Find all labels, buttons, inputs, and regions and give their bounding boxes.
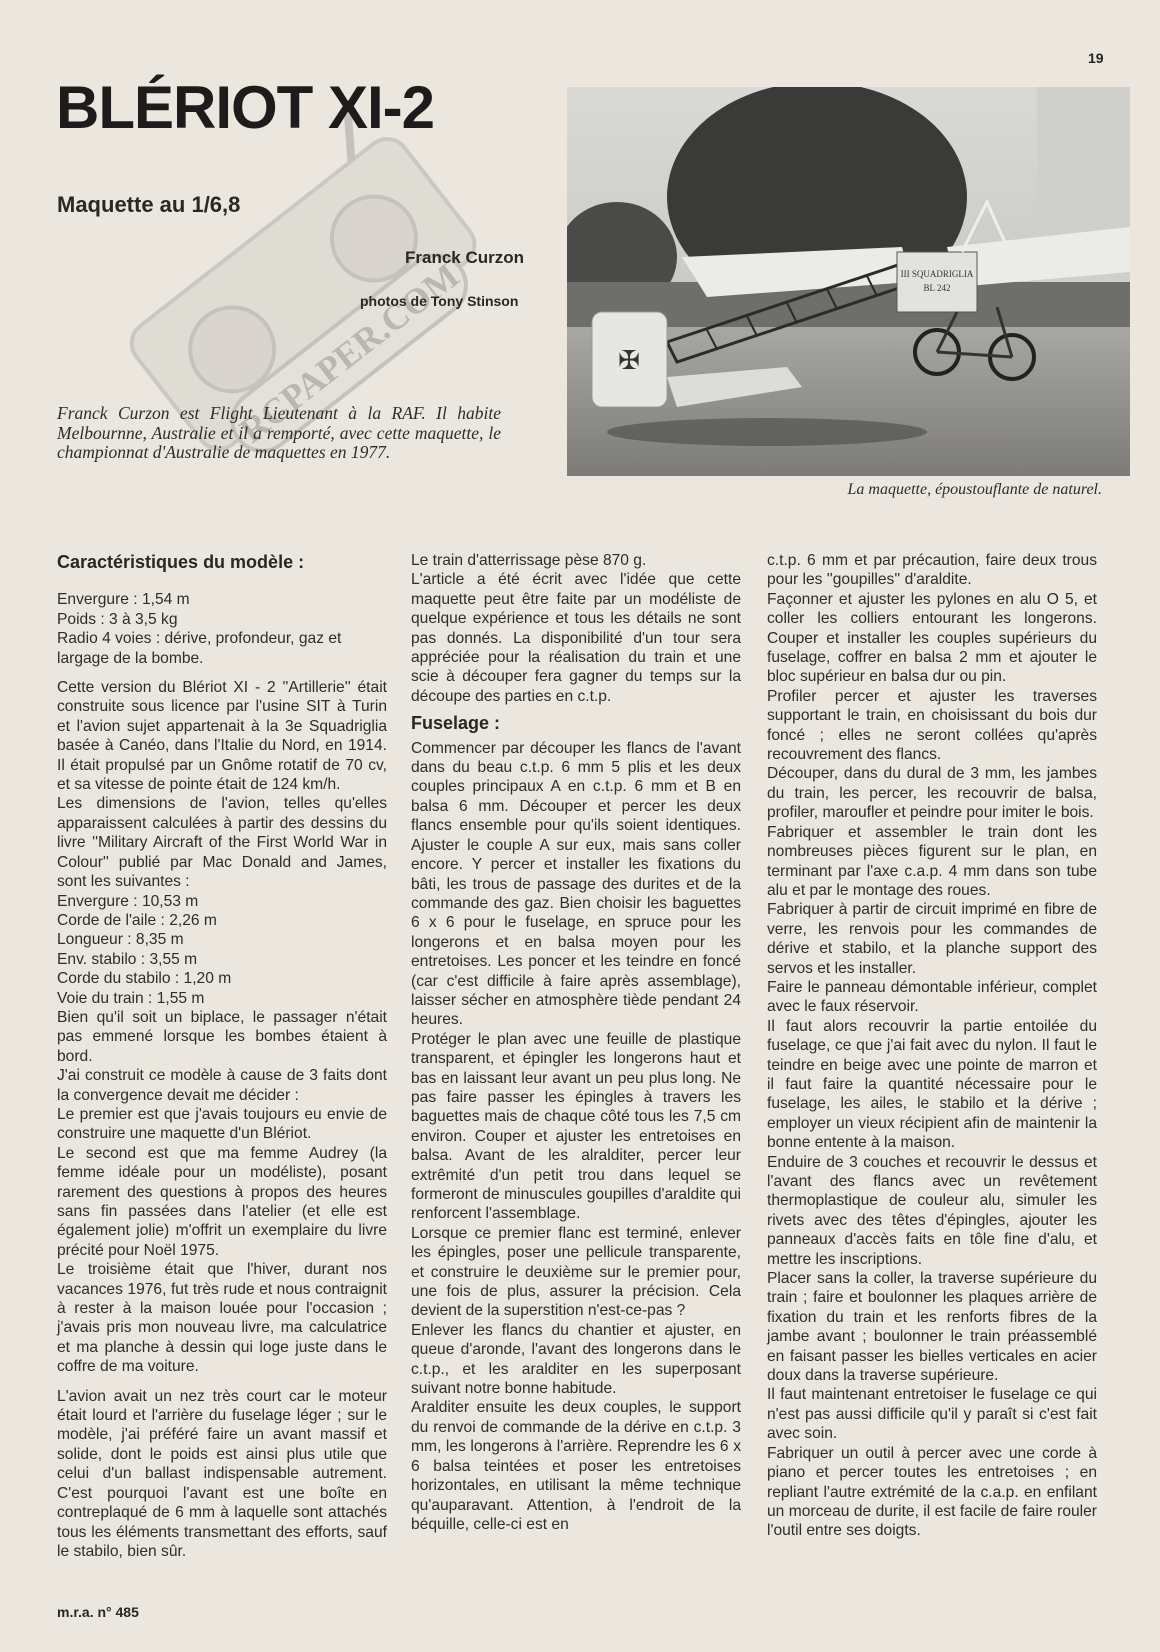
spec-item: Envergure : 1,54 m <box>57 590 387 609</box>
dimension-item: Longueur : 8,35 m <box>57 930 387 949</box>
page-number: 19 <box>1088 50 1104 66</box>
svg-text:✠: ✠ <box>618 345 640 375</box>
paragraph: Découper, dans du dural de 3 mm, les jam… <box>767 764 1097 822</box>
paragraph: Le premier est que j'avais toujours eu e… <box>57 1105 387 1144</box>
section-heading-characteristics: Caractéristiques du modèle : <box>57 553 387 572</box>
magazine-issue-footer: m.r.a. n° 485 <box>57 1604 139 1620</box>
svg-text:BL 242: BL 242 <box>924 283 951 293</box>
paragraph: c.t.p. 6 mm et par précaution, faire deu… <box>767 551 1097 590</box>
paragraph: Commencer par découper les flancs de l'a… <box>411 739 741 1030</box>
paragraph: Fabriquer et assembler le train dont les… <box>767 823 1097 901</box>
bleriot-model-photo-icon: III SQUADRIGLIA BL 242 ✠ <box>567 87 1130 476</box>
paragraph: Fabriquer un outil à percer avec une cor… <box>767 1444 1097 1541</box>
paragraph: L'avion avait un nez très court car le m… <box>57 1387 387 1562</box>
aircraft-photo: III SQUADRIGLIA BL 242 ✠ <box>567 87 1130 476</box>
column-2: Le train d'atterrissage pèse 870 g. L'ar… <box>411 551 741 1534</box>
paragraph: L'article a été écrit avec l'idée que ce… <box>411 570 741 706</box>
dimension-list: Envergure : 10,53 m Corde de l'aile : 2,… <box>57 892 387 1008</box>
paragraph: Les dimensions de l'avion, telles qu'ell… <box>57 794 387 891</box>
paragraph: Le troisième était que l'hiver, durant n… <box>57 1260 387 1376</box>
paragraph: Faire le panneau démontable inférieur, c… <box>767 978 1097 1017</box>
column-3: c.t.p. 6 mm et par précaution, faire deu… <box>767 551 1097 1541</box>
paragraph: Aralditer ensuite les deux couples, le s… <box>411 1398 741 1534</box>
spec-item: Poids : 3 à 3,5 kg <box>57 610 387 629</box>
paragraph: Cette version du Blériot XI - 2 ''Artill… <box>57 678 387 794</box>
author-name: Franck Curzon <box>405 248 524 268</box>
paragraph: Façonner et ajuster les pylones en alu O… <box>767 590 1097 687</box>
paragraph: Le second est que ma femme Audrey (la fe… <box>57 1144 387 1260</box>
article-title: BLÉRIOT XI-2 <box>56 78 434 138</box>
photo-caption: La maquette, époustouflante de naturel. <box>848 481 1102 499</box>
paragraph: Enlever les flancs du chantier et ajuste… <box>411 1321 741 1399</box>
paragraph: J'ai construit ce modèle à cause de 3 fa… <box>57 1066 387 1105</box>
section-heading-fuselage: Fuselage : <box>411 714 741 733</box>
model-spec-list: Envergure : 1,54 m Poids : 3 à 3,5 kg Ra… <box>57 590 387 668</box>
paragraph: Placer sans la coller, la traverse supér… <box>767 1269 1097 1385</box>
dimension-item: Corde de l'aile : 2,26 m <box>57 911 387 930</box>
intro-paragraph: Franck Curzon est Flight Lieutenant à la… <box>57 404 501 463</box>
paragraph: Lorsque ce premier flanc est terminé, en… <box>411 1224 741 1321</box>
paragraph: Bien qu'il soit un biplace, le passager … <box>57 1008 387 1066</box>
dimension-item: Corde du stabilo : 1,20 m <box>57 969 387 988</box>
column-1: Caractéristiques du modèle : Envergure :… <box>57 553 387 1561</box>
article-subtitle: Maquette au 1/6,8 <box>57 192 240 218</box>
spec-item: Radio 4 voies : dérive, profondeur, gaz … <box>57 629 387 668</box>
svg-text:III SQUADRIGLIA: III SQUADRIGLIA <box>901 269 974 279</box>
dimension-item: Voie du train : 1,55 m <box>57 989 387 1008</box>
paragraph: Le train d'atterrissage pèse 870 g. <box>411 551 741 570</box>
paragraph: Profiler percer et ajuster les traverses… <box>767 687 1097 765</box>
dimension-item: Envergure : 10,53 m <box>57 892 387 911</box>
paragraph: Il faut alors recouvrir la partie entoil… <box>767 1017 1097 1153</box>
paragraph: Il faut maintenant entretoiser le fusela… <box>767 1385 1097 1443</box>
paragraph: Protéger le plan avec une feuille de pla… <box>411 1030 741 1224</box>
photos-credit: photos de Tony Stinson <box>360 293 518 309</box>
dimension-item: Env. stabilo : 3,55 m <box>57 950 387 969</box>
paragraph: Fabriquer à partir de circuit imprimé en… <box>767 900 1097 978</box>
paragraph: Enduire de 3 couches et recouvrir le des… <box>767 1153 1097 1269</box>
